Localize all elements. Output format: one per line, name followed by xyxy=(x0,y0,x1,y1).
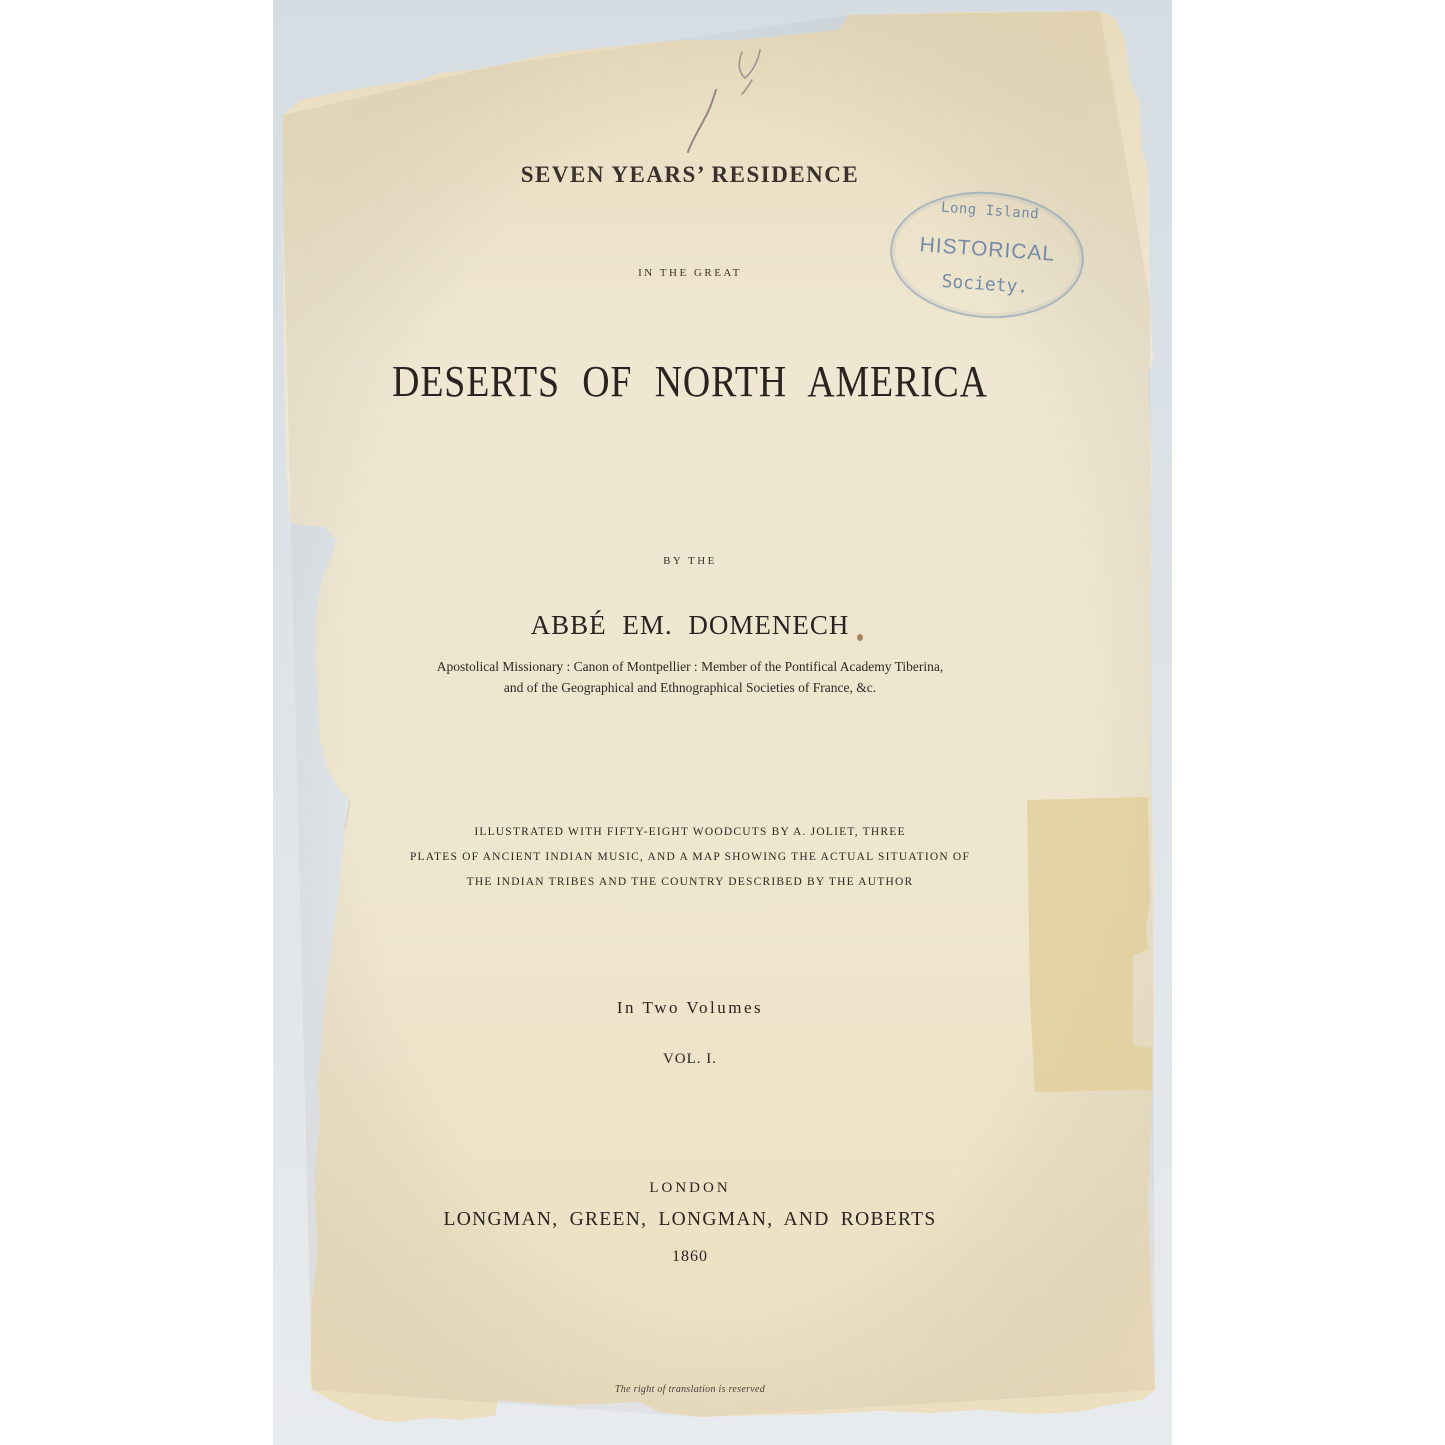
by-line: BY THE xyxy=(300,555,1080,567)
author-credentials: Apostolical Missionary : Canon of Montpe… xyxy=(300,656,1080,698)
rights-notice: The right of translation is reserved xyxy=(300,1384,1080,1395)
publisher-name: LONGMAN, GREEN, LONGMAN, AND ROBERTS xyxy=(300,1209,1080,1231)
illustrations-line: PLATES OF ANCIENT INDIAN MUSIC, AND A MA… xyxy=(300,845,1080,870)
ink-stain xyxy=(857,634,863,641)
publication-city: LONDON xyxy=(300,1180,1080,1197)
document-scan: SEVEN YEARS’ RESIDENCE IN THE GREAT DESE… xyxy=(0,0,1445,1445)
publication-year: 1860 xyxy=(300,1248,1080,1266)
author-name: ABBÉ EM. DOMENECH xyxy=(300,610,1080,641)
stamp-line-2: HISTORICAL xyxy=(892,231,1083,268)
main-title: DESERTS OF NORTH AMERICA xyxy=(355,356,1026,407)
illustrations-line: THE INDIAN TRIBES AND THE COUNTRY DESCRI… xyxy=(300,870,1080,895)
illustrations-line: ILLUSTRATED WITH FIFTY-EIGHT WOODCUTS BY… xyxy=(300,820,1080,845)
illustrations-note: ILLUSTRATED WITH FIFTY-EIGHT WOODCUTS BY… xyxy=(300,820,1080,895)
credentials-line: and of the Geographical and Ethnographic… xyxy=(300,677,1080,698)
stamp-line-3: Society. xyxy=(889,267,1080,301)
volumes-note: In Two Volumes xyxy=(300,998,1080,1018)
credentials-line: Apostolical Missionary : Canon of Montpe… xyxy=(300,656,1080,677)
series-title: SEVEN YEARS’ RESIDENCE xyxy=(300,162,1080,188)
volume-number: VOL. I. xyxy=(300,1051,1080,1068)
